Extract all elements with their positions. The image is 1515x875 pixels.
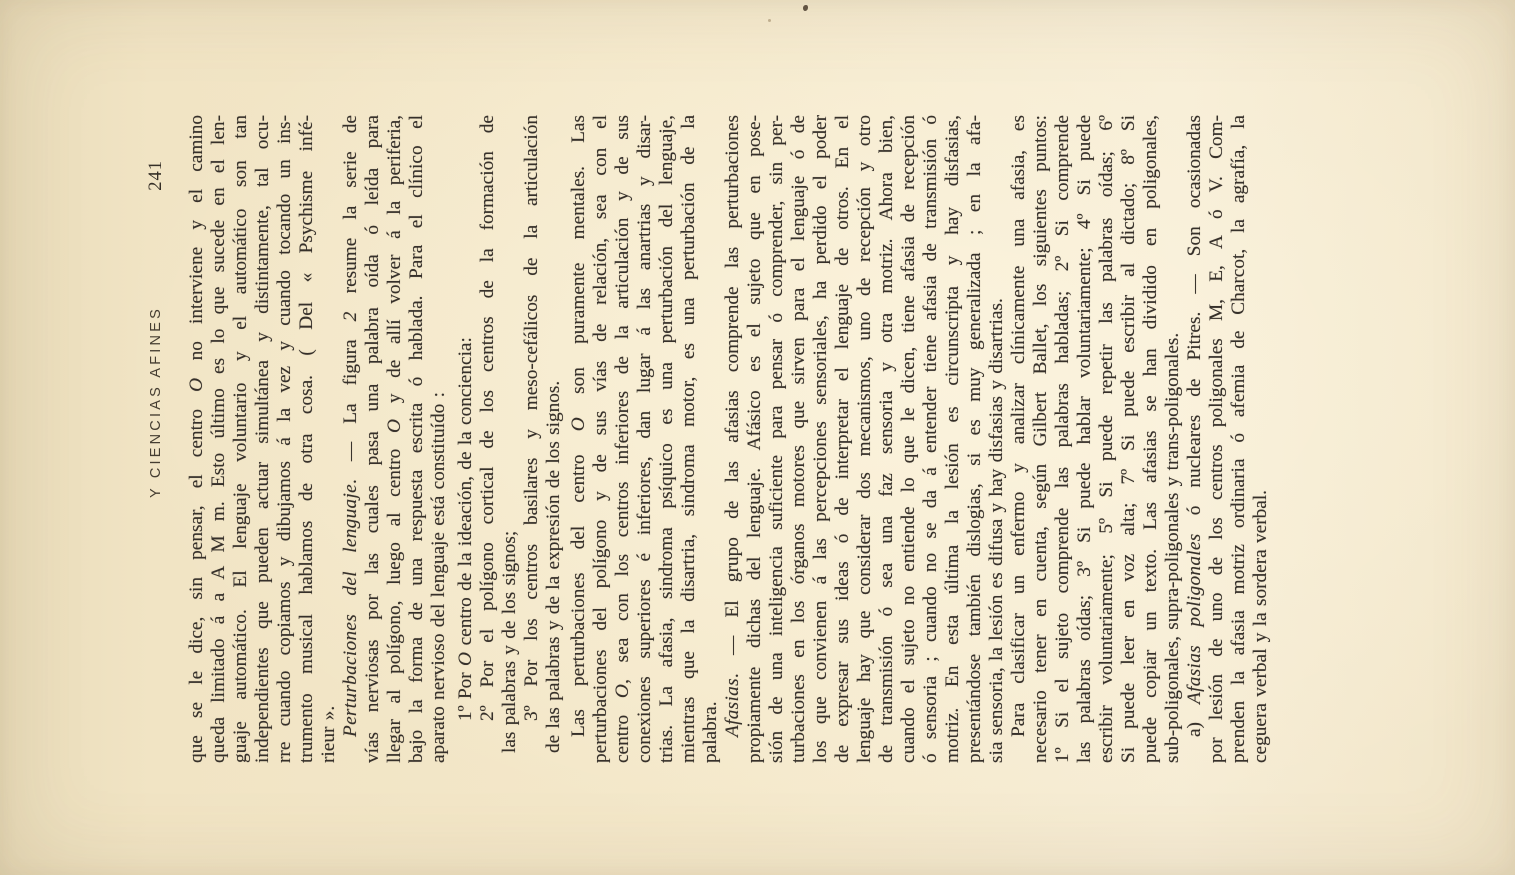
- running-header-title: Y CIENCIAS AFINES: [148, 115, 164, 763]
- text-line: Si puede leer en voz alta; 7º Si puede e…: [1118, 115, 1140, 763]
- text-line: sia sensoria, la lesión es difusa y hay …: [986, 115, 1008, 763]
- text-line: aparato nervioso del lenguaje está const…: [428, 115, 450, 763]
- text-line: cuando el sujeto no entiende lo que le d…: [898, 115, 920, 763]
- text-line: independientes que pueden actuar simultá…: [252, 115, 274, 763]
- text-line: las palabras y de los signos;: [499, 115, 521, 763]
- paragraph-numbered-list: 1º Por O centro de la ideación, de la co…: [455, 115, 565, 763]
- text-block: que se le dice, sin pensar, el centro O …: [186, 115, 1272, 763]
- text-line: Perturbaciones del lenguaje. — La figura…: [340, 115, 362, 763]
- text-line: 3º Por los centros basilares y meso-cefá…: [521, 115, 543, 763]
- text-line: presentándose también dislogias, si es m…: [964, 115, 986, 763]
- paragraph-afasias-paragraph: Afasias. — El grupo de las afasias compr…: [722, 115, 1008, 763]
- text-line: conexiones superiores é inferiores, dan …: [634, 115, 656, 763]
- text-line: prenden la afasia motriz ordinaria ó afe…: [1228, 115, 1250, 763]
- page-number: 241: [146, 160, 167, 191]
- text-line: palabra.: [700, 115, 722, 763]
- page-header: Y CIENCIAS AFINES 241: [146, 115, 172, 763]
- text-line: 2º Por el polígono cortical de los centr…: [477, 115, 499, 763]
- text-line: motriz. En esta última la lesión es circ…: [942, 115, 964, 763]
- text-line: rre cuando copiamos y dibujamos á la vez…: [274, 115, 296, 763]
- paragraph-perturbaciones-paragraph: Perturbaciones del lenguaje. — La figura…: [340, 115, 450, 763]
- text-line: las palabras oídas; 3º Si puede hablar v…: [1074, 115, 1096, 763]
- text-line: puede copiar un texto. Las afasias se ha…: [1140, 115, 1162, 763]
- text-line: queda limitado á a A M m. Esto último es…: [208, 115, 230, 763]
- text-line: sub-poligonales, supra-poligonales y tra…: [1162, 115, 1184, 763]
- text-line: sión de una inteligencia suficiente para…: [766, 115, 788, 763]
- text-line: ó sensoria ; cuando no se da á entender …: [920, 115, 942, 763]
- text-line: de transmisión ó sea una faz sensoria y …: [876, 115, 898, 763]
- text-line: mientras que la disartria, sindroma moto…: [678, 115, 700, 763]
- text-line: de las palabras y de la expresión de los…: [543, 115, 565, 763]
- text-line: perturbaciones del polígono y de sus vía…: [590, 115, 612, 763]
- text-line: turbaciones en los órganos motores que s…: [788, 115, 810, 763]
- text-line: trumento musical hablamos de otra cosa. …: [296, 115, 318, 763]
- paragraph-continuation-paragraph: que se le dice, sin pensar, el centro O …: [186, 115, 340, 763]
- text-line: centro O, sea con los centros inferiores…: [612, 115, 634, 763]
- text-line: rieur ».: [318, 115, 340, 763]
- text-line: trias. La afasia, sindroma psíquico es u…: [656, 115, 678, 763]
- text-line: que se le dice, sin pensar, el centro O …: [186, 115, 208, 763]
- text-line: Afasias. — El grupo de las afasias compr…: [722, 115, 744, 763]
- paragraph-afasias-poligonales-paragraph: a) Afasias poligonales ó nucleares de Pi…: [1184, 115, 1272, 763]
- text-line: de expresar sus ideas ó de interpretar e…: [832, 115, 854, 763]
- scanned-book-page: { "colors": { "paper": "#f3e7c9", "ink":…: [0, 0, 1515, 875]
- text-line: 1º Si el sujeto comprende las palabras h…: [1052, 115, 1074, 763]
- text-line: necesario tener en cuenta, según Gilbert…: [1030, 115, 1052, 763]
- text-line: llegar al polígono, luego al centro O y …: [384, 115, 406, 763]
- book-page: Y CIENCIAS AFINES 241 que se le dice, si…: [0, 0, 1515, 875]
- text-line: propiamente dichas del lenguaje. Afásico…: [744, 115, 766, 763]
- text-line: escribir voluntariamente; 5º Si puede re…: [1096, 115, 1118, 763]
- text-line: por lesión de uno de los centros poligon…: [1206, 115, 1228, 763]
- text-line: guaje automático. El lenguaje voluntario…: [230, 115, 252, 763]
- text-line: Las perturbaciones del centro O son pura…: [568, 115, 590, 763]
- paragraph-clasificar-paragraph: Para clasificar un enfermo y analizar cl…: [1008, 115, 1184, 763]
- text-line: vías nerviosas por las cuales pasa una p…: [362, 115, 384, 763]
- paragraph-perturbaciones-centro-paragraph: Las perturbaciones del centro O son pura…: [568, 115, 722, 763]
- text-line: 1º Por O centro de la ideación, de la co…: [455, 115, 477, 763]
- text-line: los que convienen á las percepciones sen…: [810, 115, 832, 763]
- text-line: lenguaje hay que considerar dos mecanism…: [854, 115, 876, 763]
- text-line: Para clasificar un enfermo y analizar cl…: [1008, 115, 1030, 763]
- text-line: a) Afasias poligonales ó nucleares de Pi…: [1184, 115, 1206, 763]
- text-line: ceguera verbal y la sordera verbal.: [1250, 115, 1272, 763]
- text-line: bajo la forma de una respuesta escrita ó…: [406, 115, 428, 763]
